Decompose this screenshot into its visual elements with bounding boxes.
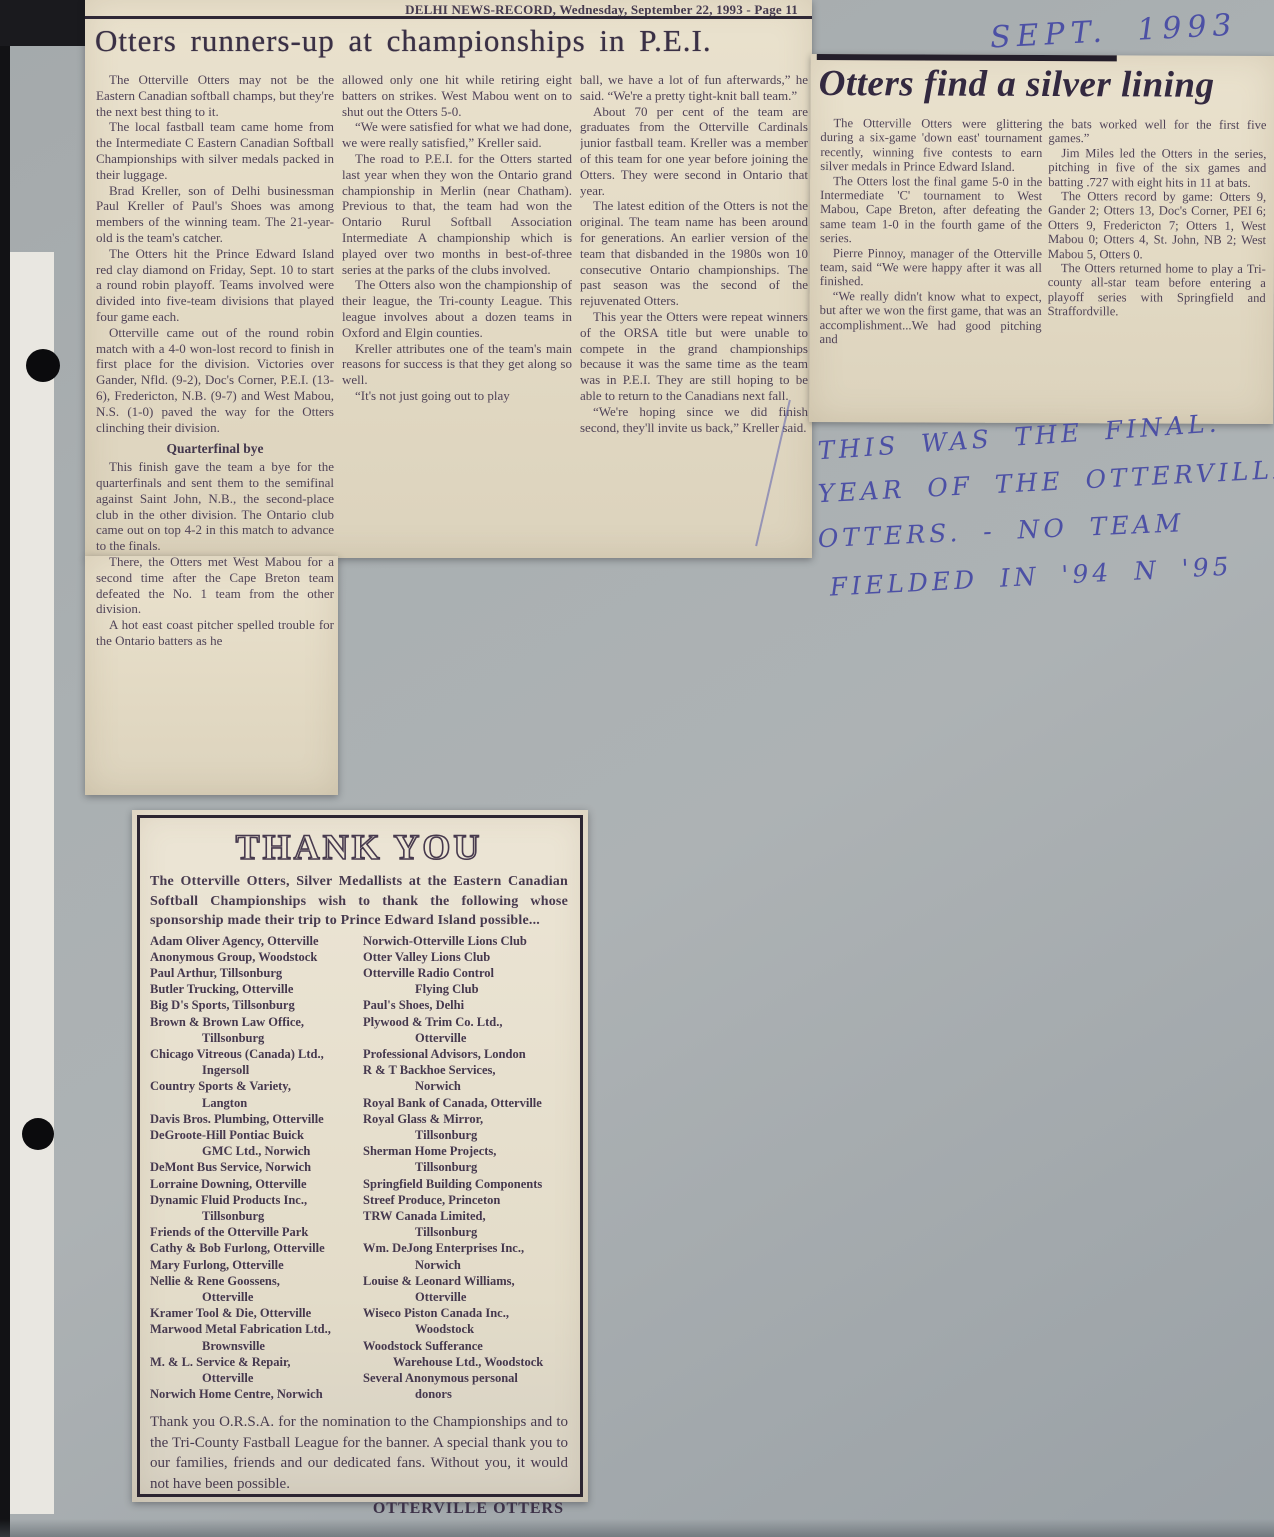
- sponsor-entry: R & T Backhoe Services,: [363, 1062, 568, 1078]
- column-1-top: The Otterville Otters may not be the Eas…: [96, 72, 334, 435]
- punch-hole-top: [26, 349, 60, 382]
- sponsor-entry: Anonymous Group, Woodstock: [150, 949, 355, 965]
- sponsor-entry: Louise & Leonard Williams,: [363, 1273, 568, 1289]
- paragraph: Jim Miles led the Otters in the series, …: [1048, 146, 1266, 190]
- paragraph: The Otters record by game: Otters 9, Gan…: [1048, 189, 1266, 262]
- thank-you-border: THANK YOU The Otterville Otters, Silver …: [137, 815, 583, 1497]
- sponsor-entry: Dynamic Fluid Products Inc.,: [150, 1192, 355, 1208]
- paragraph: The Otters hit the Prince Edward Island …: [96, 246, 334, 325]
- page-margin-strip: [10, 252, 54, 1514]
- sponsor-entry: Norwich: [363, 1257, 568, 1273]
- sponsor-entry: Several Anonymous personal: [363, 1370, 568, 1386]
- handwritten-date: SEPT. 1993: [989, 8, 1238, 56]
- paragraph: This year the Otters were repeat winners…: [580, 309, 808, 404]
- page-corner-shadow: [0, 0, 88, 46]
- sponsor-entry: Professional Advisors, London: [363, 1046, 568, 1062]
- paragraph: The local fastball team came home from t…: [96, 119, 334, 182]
- sponsor-entry: Flying Club: [363, 981, 568, 997]
- thank-you-title: THANK YOU: [150, 826, 568, 868]
- paragraph: The Otterville Otters were glittering du…: [820, 116, 1042, 175]
- sponsor-entry: Brown & Brown Law Office,: [150, 1014, 355, 1030]
- sponsor-entry: Butler Trucking, Otterville: [150, 981, 355, 997]
- sponsor-entry: DeMont Bus Service, Norwich: [150, 1159, 355, 1175]
- sponsor-entry: Sherman Home Projects,: [363, 1143, 568, 1159]
- paragraph: allowed only one hit while retiring eigh…: [342, 72, 572, 119]
- newspaper-masthead: DELHI NEWS-RECORD, Wednesday, September …: [85, 2, 812, 19]
- headline-silver-lining: Otters find a silver lining: [819, 62, 1269, 107]
- sponsor-entry: Paul Arthur, Tillsonburg: [150, 965, 355, 981]
- sponsor-entry: M. & L. Service & Repair,: [150, 1354, 355, 1370]
- sponsor-entry: Warehouse Ltd., Woodstock: [363, 1354, 568, 1370]
- sponsor-entry: Friends of the Otterville Park: [150, 1224, 355, 1240]
- clipping-silver-lining: Otters find a silver lining The Ottervil…: [809, 54, 1274, 424]
- clipping-top-rule: [817, 54, 1117, 61]
- sponsor-entry: Tillsonburg: [150, 1030, 355, 1046]
- sponsor-entry: Otterville Radio Control: [363, 965, 568, 981]
- sponsor-entry: Norwich Home Centre, Norwich: [150, 1386, 355, 1402]
- paragraph: A hot east coast pitcher spelled trouble…: [96, 617, 334, 649]
- sponsor-entry: Lorraine Downing, Otterville: [150, 1176, 355, 1192]
- sponsor-entry: Chicago Vitreous (Canada) Ltd.,: [150, 1046, 355, 1062]
- sponsor-entry: DeGroote-Hill Pontiac Buick: [150, 1127, 355, 1143]
- paragraph: Otterville came out of the round robin m…: [96, 325, 334, 436]
- sponsor-column-left: Adam Oliver Agency, OttervilleAnonymous …: [150, 933, 355, 1403]
- sponsor-entry: Langton: [150, 1095, 355, 1111]
- sponsor-entry: Norwich-Otterville Lions Club: [363, 933, 568, 949]
- sponsor-entry: Otterville: [150, 1370, 355, 1386]
- scrapbook-page: { "masthead": { "text": "DELHI NEWS-RECO…: [0, 0, 1274, 1537]
- paragraph: The Otters also won the championship of …: [342, 277, 572, 340]
- sponsor-entry: Springfield Building Components: [363, 1176, 568, 1192]
- handwritten-note: THIS WAS THE FINAL.YEAR OF THE OTTERVILL…: [818, 420, 1274, 608]
- thank-you-signature: OTTERVILLE OTTERS: [150, 1500, 568, 1518]
- sponsor-entry: Royal Glass & Mirror,: [363, 1111, 568, 1127]
- sponsor-entry: Kramer Tool & Die, Otterville: [150, 1305, 355, 1321]
- punch-hole-bottom: [22, 1118, 54, 1150]
- sponsor-entry: Wm. DeJong Enterprises Inc.,: [363, 1240, 568, 1256]
- sponsor-entry: Otterville: [363, 1030, 568, 1046]
- sponsor-entry: Adam Oliver Agency, Otterville: [150, 933, 355, 949]
- sponsor-entry: Davis Bros. Plumbing, Otterville: [150, 1111, 355, 1127]
- paragraph: There, the Otters met West Mabou for a s…: [96, 554, 334, 617]
- sponsor-entry: Wiseco Piston Canada Inc.,: [363, 1305, 568, 1321]
- sponsor-entry: donors: [363, 1386, 568, 1402]
- sponsor-entry: Tillsonburg: [363, 1224, 568, 1240]
- paragraph: ball, we have a lot of fun afterwards,” …: [580, 72, 808, 104]
- sponsor-entry: Tillsonburg: [150, 1208, 355, 1224]
- sponsor-entry: Marwood Metal Fabrication Ltd.,: [150, 1321, 355, 1337]
- paragraph: “We really didn't know what to expect, b…: [820, 289, 1042, 348]
- paragraph: The Otterville Otters may not be the Eas…: [96, 72, 334, 119]
- sponsor-entry: Cathy & Bob Furlong, Otterville: [150, 1240, 355, 1256]
- sponsor-entry: Paul's Shoes, Delhi: [363, 997, 568, 1013]
- article-column-3: ball, we have a lot of fun afterwards,” …: [580, 72, 808, 550]
- sponsor-entry: Otter Valley Lions Club: [363, 949, 568, 965]
- paragraph: “We were satisfied for what we had done,…: [342, 119, 572, 151]
- sponsor-entry: Country Sports & Variety,: [150, 1078, 355, 1094]
- sponsor-entry: Otterville: [150, 1289, 355, 1305]
- paragraph: The road to P.E.I. for the Otters starte…: [342, 151, 572, 277]
- sponsor-list: Adam Oliver Agency, OttervilleAnonymous …: [150, 933, 568, 1403]
- sponsor-entry: Woodstock Sufferance: [363, 1338, 568, 1354]
- silver-column-2: the bats worked well for the first five …: [1047, 117, 1266, 418]
- page-left-edge: [0, 0, 10, 1537]
- paragraph: The Otters lost the final game 5-0 in th…: [820, 174, 1042, 247]
- sponsor-entry: Tillsonburg: [363, 1127, 568, 1143]
- article-column-1: The Otterville Otters may not be the Eas…: [96, 72, 334, 792]
- page-bottom-shadow: [0, 1519, 1274, 1537]
- sponsor-entry: Royal Bank of Canada, Otterville: [363, 1095, 568, 1111]
- clipping-thank-you: THANK YOU The Otterville Otters, Silver …: [132, 810, 588, 1502]
- sponsor-entry: Mary Furlong, Otterville: [150, 1257, 355, 1273]
- paragraph: “We're hoping since we did finish second…: [580, 404, 808, 436]
- column-1-bottom: This finish gave the team a bye for the …: [96, 459, 334, 649]
- subhead-quarterfinal-bye: Quarterfinal bye: [96, 441, 334, 457]
- sponsor-entry: Otterville: [363, 1289, 568, 1305]
- paragraph: Pierre Pinnoy, manager of the Otterville…: [820, 246, 1042, 290]
- sponsor-entry: TRW Canada Limited,: [363, 1208, 568, 1224]
- sponsor-column-right: Norwich-Otterville Lions ClubOtter Valle…: [355, 933, 568, 1403]
- paragraph: Kreller attributes one of the team's mai…: [342, 341, 572, 388]
- sponsor-entry: Plywood & Trim Co. Ltd.,: [363, 1014, 568, 1030]
- paragraph: The Otters returned home to play a Tri-c…: [1048, 261, 1266, 320]
- paragraph: The latest edition of the Otters is not …: [580, 198, 808, 309]
- thank-you-closing: Thank you O.R.S.A. for the nomination to…: [150, 1412, 568, 1494]
- paragraph: the bats worked well for the first five …: [1048, 117, 1266, 147]
- sponsor-entry: Streef Produce, Princeton: [363, 1192, 568, 1208]
- paragraph: Brad Kreller, son of Delhi businessman P…: [96, 183, 334, 246]
- thank-you-intro: The Otterville Otters, Silver Medallists…: [150, 872, 568, 931]
- sponsor-entry: Nellie & Rene Goossens,: [150, 1273, 355, 1289]
- paragraph: About 70 per cent of the team are gradua…: [580, 104, 808, 199]
- sponsor-entry: Woodstock: [363, 1321, 568, 1337]
- sponsor-entry: Big D's Sports, Tillsonburg: [150, 997, 355, 1013]
- paragraph: “It's not just going out to play: [342, 388, 572, 404]
- silver-column-1: The Otterville Otters were glittering du…: [819, 116, 1042, 417]
- sponsor-entry: Tillsonburg: [363, 1159, 568, 1175]
- sponsor-entry: GMC Ltd., Norwich: [150, 1143, 355, 1159]
- sponsor-entry: Norwich: [363, 1078, 568, 1094]
- article-column-2: allowed only one hit while retiring eigh…: [342, 72, 572, 550]
- sponsor-entry: Brownsville: [150, 1338, 355, 1354]
- sponsor-entry: Ingersoll: [150, 1062, 355, 1078]
- paragraph: This finish gave the team a bye for the …: [96, 459, 334, 554]
- headline-runners-up: Otters runners-up at championships in P.…: [95, 23, 810, 59]
